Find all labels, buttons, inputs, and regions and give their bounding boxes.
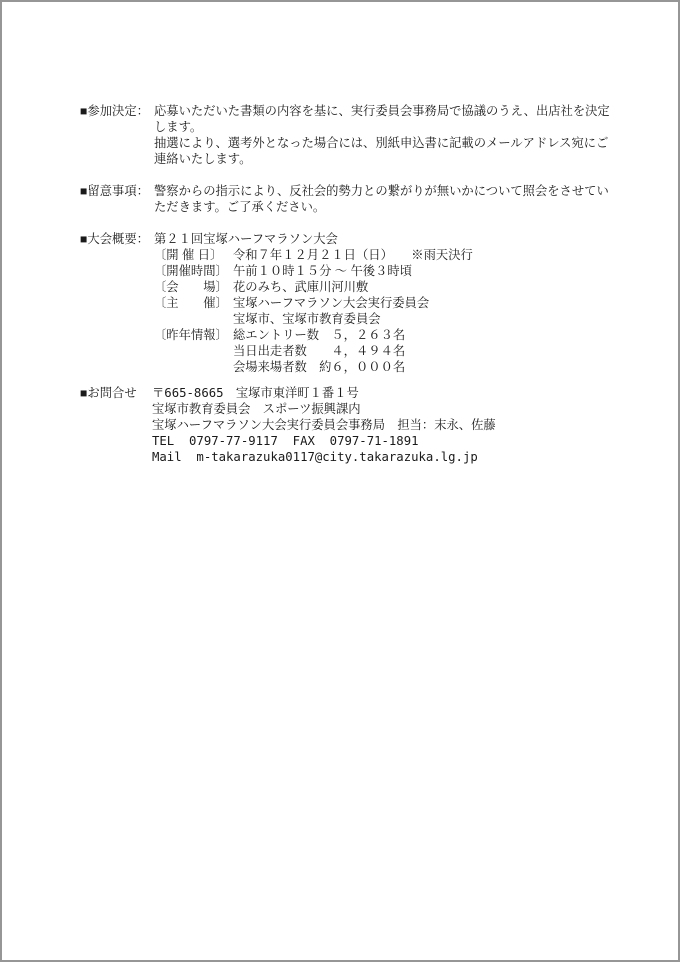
contact-email: Mail m-takarazuka0117@city.takarazuka.lg… [152, 449, 658, 465]
section-important-notes: ■留意事項：警察からの指示により、反社会的勢力との繋がりが無いかについて照会をさ… [80, 183, 658, 215]
row-value: 宝塚ハーフマラソン大会実行委員会 [233, 296, 429, 310]
overview-row-time: 〔開催時間〕午前１０時１５分 ～ 午後３時頃 [154, 263, 658, 279]
text-line: ■大会概要：第２１回宝塚ハーフマラソン大会 [80, 231, 658, 247]
section-contact: ■お問合せ〒665-8665 宝塚市東洋町１番１号 宝塚市教育委員会 スポーツ振… [80, 385, 658, 465]
contact-department: 宝塚市教育委員会 スポーツ振興課内 [152, 401, 658, 417]
overview-row-venue: 〔会 場〕花のみち、武庫川河川敷 [154, 279, 658, 295]
overview-row-lastyear-visitors: 会場来場者数 約６，０００名 [154, 359, 658, 375]
row-value: 午前１０時１５分 ～ 午後３時頃 [233, 264, 412, 278]
row-label: 〔主 催〕 [154, 295, 233, 311]
row-value: 花のみち、武庫川河川敷 [233, 280, 368, 294]
row-value: 総エントリー数 ５，２６３名 [233, 328, 405, 342]
overview-row-organizer-cont: 宝塚市、宝塚市教育委員会 [154, 311, 658, 327]
text-run: 警察からの指示により、反社会的勢力との繋がりが無いかについて照会をさせてい [154, 184, 609, 198]
event-title: 第２１回宝塚ハーフマラソン大会 [154, 232, 338, 246]
row-value: 令和７年１２月２１日（日） ※雨天決行 [233, 248, 473, 262]
overview-row-lastyear-runners: 当日出走者数 ４，４９４名 [154, 343, 658, 359]
contact-address-postal: 〒665-8665 宝塚市東洋町１番１号 [152, 386, 359, 400]
text-line: 抽選により、選考外となった場合には、別紙申込書に記載のメールアドレス宛にご [154, 135, 658, 151]
section-heading-label: ■お問合せ [80, 385, 152, 401]
row-label: 〔開催時間〕 [154, 263, 233, 279]
overview-row-organizer: 〔主 催〕宝塚ハーフマラソン大会実行委員会 [154, 295, 658, 311]
document-page: ■参加決定：応募いただいた書類の内容を基に、実行委員会事務局で協議のうえ、出店社… [0, 0, 680, 962]
text-line: ■参加決定：応募いただいた書類の内容を基に、実行委員会事務局で協議のうえ、出店社… [80, 103, 658, 119]
section-heading-label: ■参加決定： [80, 103, 154, 119]
text-line: ■留意事項：警察からの指示により、反社会的勢力との繋がりが無いかについて照会をさ… [80, 183, 658, 199]
section-heading-label: ■大会概要： [80, 231, 154, 247]
row-value: 会場来場者数 約６，０００名 [233, 360, 405, 374]
contact-office-person: 宝塚ハーフマラソン大会実行委員会事務局 担当：末永、佐藤 [152, 417, 658, 433]
overview-row-lastyear-entries: 〔昨年情報〕総エントリー数 ５，２６３名 [154, 327, 658, 343]
row-label: 〔会 場〕 [154, 279, 233, 295]
row-label: 〔昨年情報〕 [154, 327, 233, 343]
row-label: 〔開 催 日〕 [154, 247, 233, 263]
text-line: します。 [154, 119, 658, 135]
row-value: 宝塚市、宝塚市教育委員会 [233, 312, 381, 326]
text-line: ■お問合せ〒665-8665 宝塚市東洋町１番１号 [80, 385, 658, 401]
text-line: ただきます。ご了承ください。 [154, 199, 658, 215]
section-participation-decision: ■参加決定：応募いただいた書類の内容を基に、実行委員会事務局で協議のうえ、出店社… [80, 103, 658, 167]
section-heading-label: ■留意事項： [80, 183, 154, 199]
text-run: 応募いただいた書類の内容を基に、実行委員会事務局で協議のうえ、出店社を決定 [154, 104, 610, 118]
overview-row-date: 〔開 催 日〕令和７年１２月２１日（日） ※雨天決行 [154, 247, 658, 263]
text-line: 連絡いたします。 [154, 151, 658, 167]
contact-tel-fax: TEL 0797-77-9117 FAX 0797-71-1891 [152, 433, 658, 449]
section-event-overview: ■大会概要：第２１回宝塚ハーフマラソン大会 〔開 催 日〕令和７年１２月２１日（… [80, 231, 658, 375]
row-value: 当日出走者数 ４，４９４名 [233, 344, 405, 358]
